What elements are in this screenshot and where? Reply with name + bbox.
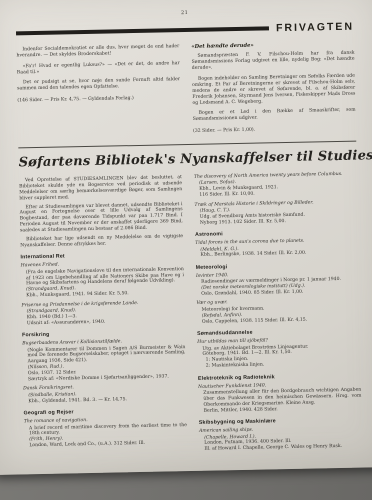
book-entry: Tidal forces in the sun's corona due to … bbox=[195, 238, 358, 259]
section-heading: Elektroteknik og Radioteknik bbox=[198, 372, 361, 382]
left-sections: International RetHavenes Frihed.(Fra de … bbox=[20, 251, 187, 449]
top-left-paragraph: Det er pudsigt at se, hvor nøje den sund… bbox=[17, 77, 180, 92]
section-heading: Astronomi bbox=[195, 229, 358, 239]
review-heading: «Det hændte derude» bbox=[191, 41, 354, 51]
review-paragraph: Bogen indeholder en Samling Beretninger … bbox=[192, 73, 356, 107]
review-paragraph: Bogen er et Led i den Række af Smaaskrif… bbox=[193, 108, 356, 123]
section-heading: Sømandsuddannelse bbox=[197, 328, 360, 338]
listing-section: Ved Oprettelse af STUDIESAMLINGEN blev d… bbox=[19, 172, 363, 460]
top-left-paragraph: (146 Sider. — Pris Kr. 4,75. — Gyldendal… bbox=[17, 96, 180, 105]
top-left-paragraph: «Fa'r! Hvad er egentlig Luksus?» — «Det … bbox=[17, 61, 180, 76]
masthead-title: FRIVAGTEN bbox=[276, 21, 354, 35]
article-title: Søfartens Bibliotek's Nyanskaffelser til… bbox=[18, 149, 356, 171]
review-paragraph: (32 Sider. — Pris Kr. 1,00). bbox=[193, 126, 356, 135]
intro-paragraph: Efter at Studiesamlingen var blevet dann… bbox=[19, 202, 183, 235]
review-paragraph: Sømandspræsten F. V. Filschou-Holm har f… bbox=[191, 50, 354, 71]
listing-right-column: The discovery of North America twenty ye… bbox=[194, 172, 363, 457]
book-entry: The romance of navigation.A brief record… bbox=[24, 416, 188, 449]
intro-paragraph: Ved Oprettelse af STUDIESAMLINGEN blev d… bbox=[19, 175, 182, 202]
book-entry: Træk af Marstals Historie i Skildringer … bbox=[194, 199, 357, 226]
book-entry: Dansk Forsikringsret.(Sindballe, Kristia… bbox=[23, 383, 186, 404]
masthead: FRIVAGTEN bbox=[16, 21, 354, 40]
listing-left-column: Ved Oprettelse af STUDIESAMLINGEN blev d… bbox=[19, 175, 188, 460]
section-heading: International Ret bbox=[20, 251, 183, 261]
book-entry: American sailing ships.(Chapelle, Howard… bbox=[199, 426, 362, 453]
book-entry: Nautischer Funkdienst 1940.Zusammenstell… bbox=[198, 381, 362, 414]
top-section: Indenfor Socialdemokratiet er alle dus, … bbox=[16, 41, 356, 144]
page-number: 21 bbox=[16, 7, 354, 20]
book-entry: Vær og uvær.Meteorologi for hvermann.(Re… bbox=[196, 298, 359, 325]
top-left-paragraph: Indenfor Socialdemokratiet er alle dus, … bbox=[16, 44, 179, 59]
article-intro: Ved Oprettelse af STUDIESAMLINGEN blev d… bbox=[19, 175, 183, 249]
review-body: Sømandspræsten F. V. Filschou-Holm har f… bbox=[191, 50, 356, 135]
section-heading: Meteorologi bbox=[196, 261, 359, 271]
book-entry: Hur utbildas man till sjöbefäl?Utg. av A… bbox=[197, 337, 361, 370]
magazine-page: 21 FRIVAGTEN Indenfor Socialdemokratiet … bbox=[0, 0, 372, 475]
top-right-column: «Det hændte derude» Sømandspræsten F. V.… bbox=[191, 41, 356, 140]
book-entry: Priserne og Prisdannelse i de krigsføren… bbox=[21, 300, 184, 327]
book-entry: The discovery of North America twenty ye… bbox=[194, 172, 357, 199]
section-heading: Geografi og Rejser bbox=[24, 407, 187, 417]
book-entry: Isvinter 1940.Radiosendinger av værmeldi… bbox=[196, 271, 359, 298]
book-pub: Kbh., Berlingske, 1938. 14 Sider. Ill. K… bbox=[200, 250, 358, 259]
intro-paragraph: Biblioteket har lige udsendt en ny Medde… bbox=[20, 234, 183, 249]
section-heading: Skibsbygning og Maskinlære bbox=[199, 417, 362, 427]
right-sections: The discovery of North America twenty ye… bbox=[194, 172, 363, 453]
masthead-rule bbox=[16, 27, 269, 36]
book-entry: Havenes Frihed.(Fra de engelske Navigati… bbox=[21, 260, 185, 299]
book-entry: Bugserbaadens Ansvar i Kollisionstilfæld… bbox=[22, 338, 186, 383]
top-left-column: Indenfor Socialdemokratiet er alle dus, … bbox=[16, 44, 181, 143]
section-heading: Forsikring bbox=[22, 329, 185, 339]
book-desc: (Fra de engelske Navigationslove til den… bbox=[26, 267, 184, 288]
scanned-photo: 21 FRIVAGTEN Indenfor Socialdemokratiet … bbox=[0, 0, 372, 500]
